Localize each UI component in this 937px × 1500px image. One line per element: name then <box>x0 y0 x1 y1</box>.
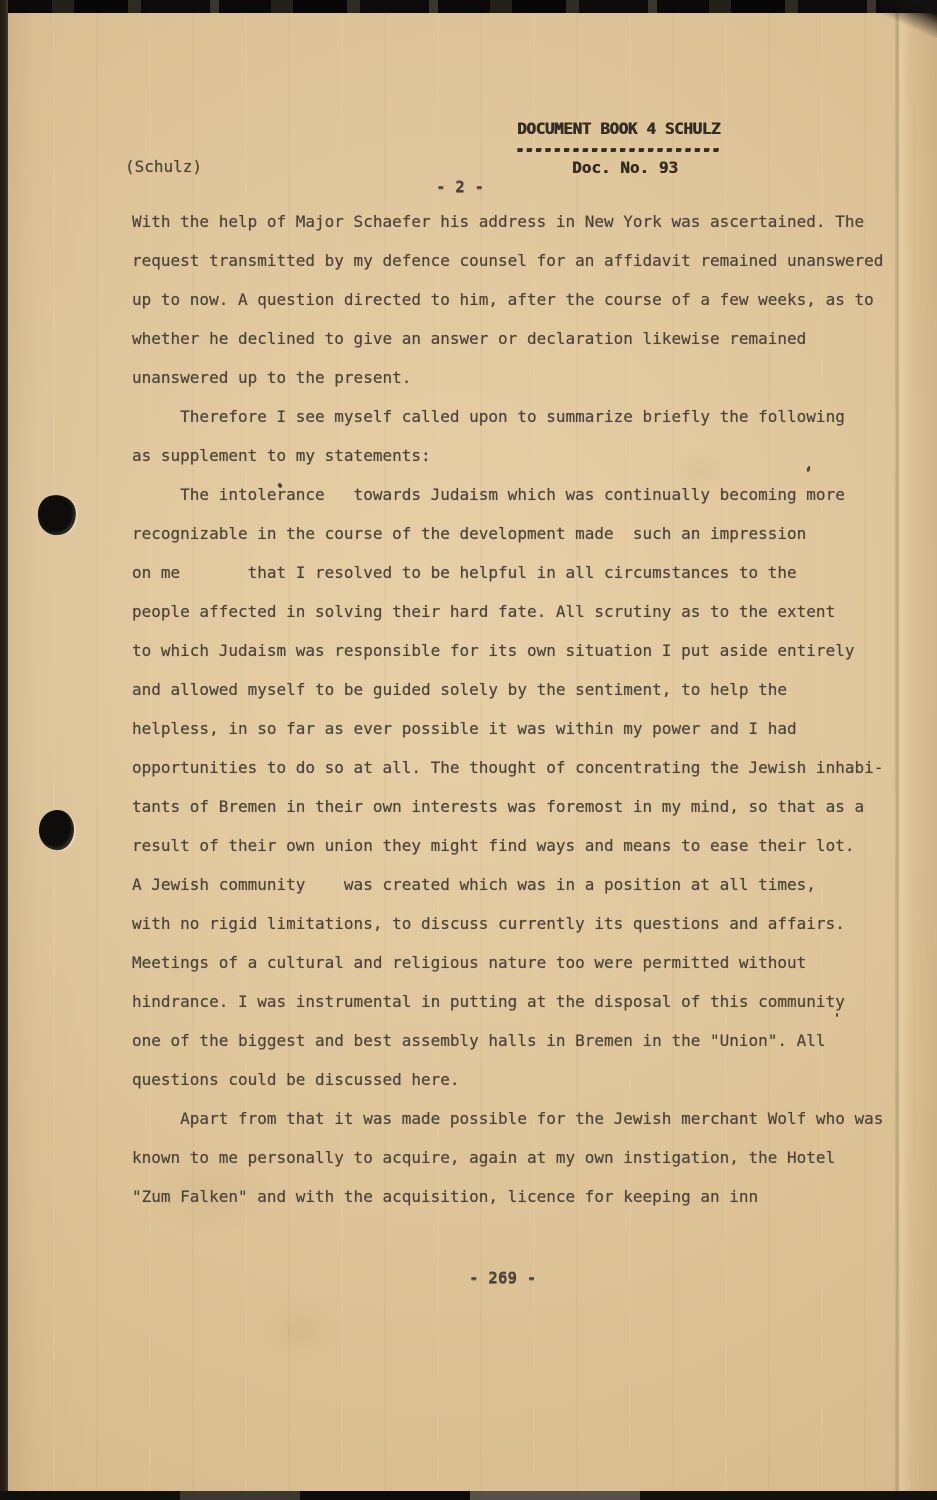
typed-line: unanswered up to the present. <box>132 358 902 397</box>
document-book-title: DOCUMENT BOOK 4 SCHULZ <box>517 119 720 138</box>
typed-line: up to now. A question directed to him, a… <box>132 280 902 319</box>
typed-line: result of their own union they might fin… <box>132 826 902 865</box>
typed-line: to which Judaism was responsible for its… <box>132 631 902 670</box>
typed-line: people affected in solving their hard fa… <box>132 592 902 631</box>
typed-line: "Zum Falken" and with the acquisition, l… <box>132 1177 902 1216</box>
typed-line: questions could be discussed here. <box>132 1060 902 1099</box>
scan-edge-left <box>0 0 8 1500</box>
scan-edge-bottom <box>0 1491 937 1500</box>
paper-sheet: DOCUMENT BOOK 4 SCHULZ -----------------… <box>0 0 937 1500</box>
page-number: - 2 - <box>436 177 484 196</box>
typed-line: known to me personally to acquire, again… <box>132 1138 902 1177</box>
typed-line: A Jewish community was created which was… <box>132 865 902 904</box>
document-number: Doc. No. 93 <box>572 158 678 177</box>
scan-edge-top <box>0 0 937 13</box>
typed-line: on me that I resolved to be helpful in a… <box>132 553 902 592</box>
typed-line: request transmitted by my defence counse… <box>132 241 902 280</box>
typed-line: Apart from that it was made possible for… <box>132 1099 902 1138</box>
typed-line: with no rigid limitations, to discuss cu… <box>132 904 902 943</box>
ink-speck <box>836 1013 838 1017</box>
typed-line: helpless, in so far as ever possible it … <box>132 709 902 748</box>
typed-line: recognizable in the course of the develo… <box>132 514 902 553</box>
typed-line: Therefore I see myself called upon to su… <box>132 397 902 436</box>
typed-line: whether he declined to give an answer or… <box>132 319 902 358</box>
typed-line: The intolerance towards Judaism which wa… <box>132 475 902 514</box>
scanned-document-page: DOCUMENT BOOK 4 SCHULZ -----------------… <box>0 0 937 1500</box>
stamp-divider-line: ---------------------- <box>515 139 720 158</box>
typed-line: hindrance. I was instrumental in putting… <box>132 982 902 1021</box>
typed-line: and allowed myself to be guided solely b… <box>132 670 902 709</box>
typed-line: opportunities to do so at all. The thoug… <box>132 748 902 787</box>
typed-line: as supplement to my statements: <box>132 436 902 475</box>
footer-page-number: - 269 - <box>469 1268 536 1287</box>
typed-line: With the help of Major Schaefer his addr… <box>132 202 902 241</box>
source-label: (Schulz) <box>125 157 202 176</box>
typed-line: Meetings of a cultural and religious nat… <box>132 943 902 982</box>
typed-line: tants of Bremen in their own interests w… <box>132 787 902 826</box>
typed-line: one of the biggest and best assembly hal… <box>132 1021 902 1060</box>
scan-corner-mark <box>879 0 937 38</box>
body-text: With the help of Major Schaefer his addr… <box>132 202 902 1216</box>
